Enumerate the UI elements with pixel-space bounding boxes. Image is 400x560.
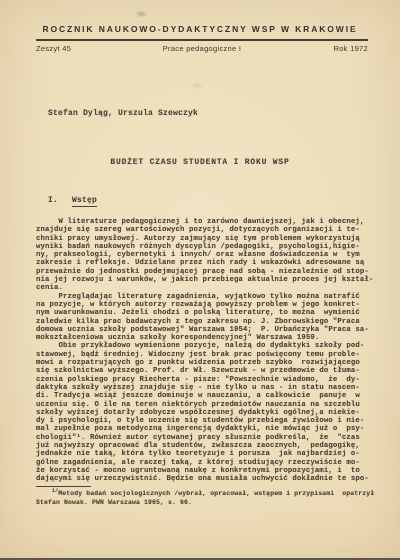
body-text-line: Obie przykładowo wymienione pozycje, nal… [36, 342, 376, 350]
body-text-line: stawowej, bądź średniej. Widoczny jest b… [36, 351, 376, 359]
footnote-divider-rule [36, 486, 91, 487]
body-text-line: mal zupełnie poza metodyczną ingerencją … [36, 425, 376, 433]
scan-smudge [137, 12, 146, 16]
header-divider-rule [36, 39, 368, 41]
body-text-line: nia jej rozwoju i warunków, w jakich prz… [36, 276, 376, 284]
body-text-line: cenia. [36, 284, 376, 292]
journal-title: ROCZNIK NAUKOWO-DYDAKTYCZNY WSP W KRAKOW… [0, 24, 400, 34]
body-text-line: znajduje się szereg wartościowych pozycj… [36, 226, 376, 234]
footnote-text: Metody badań socjologicznych /wybrał, op… [58, 490, 374, 497]
body-text-line: Przeglądając literaturę zagadnienia, wyj… [36, 293, 376, 301]
body-text-line: chniki pracy umysłowej. Autorzy zajmując… [36, 235, 376, 243]
footnote-line: Stefan Nowak. PWN Warszawa 1965, s. 66. [36, 499, 376, 508]
body-text-line: zakresie i refleksje. Udzielane przez ni… [36, 259, 376, 267]
body-text-line: jednakże nie taką, która tylko teoretyzu… [36, 450, 376, 458]
body-text-line: gólne zagadnienia, ale raczej taką, z kt… [36, 459, 376, 467]
body-text-line: czenia polskiego pracy Riecherta - pisze… [36, 376, 376, 384]
body-text-line: wyniki badań naukowych różnych dyscyplin… [36, 243, 376, 251]
section-title: Wstęp [72, 196, 97, 207]
series-label: Prace pedagogiczne I [36, 44, 368, 53]
body-text-line: szkoły wyższej dotarły zdobycze współcze… [36, 409, 376, 417]
footnote: 1/Metody badań socjologicznych /wybrał, … [36, 490, 376, 507]
body-text-line: się szkolnictwa wyższego. Prof. dr Wł. S… [36, 367, 376, 375]
body-text-line: uczeniu się. O ile na teren niektórych p… [36, 401, 376, 409]
body-text-line: że korzystać - mocno ugruntowaną naukę z… [36, 467, 376, 475]
body-text-line: zaledwie kilka prac badawczych z tego za… [36, 318, 376, 326]
section-heading: I. Wstęp [48, 196, 97, 205]
header-meta-row: Prace pedagogiczne I Zeszyt 45 Rok 1972 [36, 44, 368, 53]
body-text-line: daktyka szkoły wyższej znajduje się - ni… [36, 384, 376, 392]
scan-smudge [192, 84, 202, 87]
body-text-line: di. Tradycja wciąż jeszcze dominuje w na… [36, 392, 376, 400]
section-number: I. [48, 196, 58, 205]
footnote-line: 1/Metody badań socjologicznych /wybrał, … [36, 490, 376, 499]
body-text-line: dającymi się urzeczywistnić. Będzie ona … [36, 475, 376, 483]
body-text-line: przeważnie do jednostki podejmującej pra… [36, 268, 376, 276]
authors-line: Stefan Dyląg, Urszula Szewczyk [48, 109, 198, 118]
body-text-line: nym uwarunkowaniu. Jeżeli chodzi o polsk… [36, 309, 376, 317]
article-body: W literaturze pedagogicznej i to zarówno… [36, 218, 376, 484]
article-title: BUDŻET CZASU STUDENTA I ROKU WSP [0, 158, 400, 167]
scanned-paper-page: ROCZNIK NAUKOWO-DYDAKTYCZNY WSP W KRAKOW… [0, 0, 400, 560]
body-text-line: chologii"¹. Również autor cytowanej prac… [36, 434, 376, 442]
body-text-line: domowa ucznia szkoły podstawowej" Warsza… [36, 326, 376, 334]
